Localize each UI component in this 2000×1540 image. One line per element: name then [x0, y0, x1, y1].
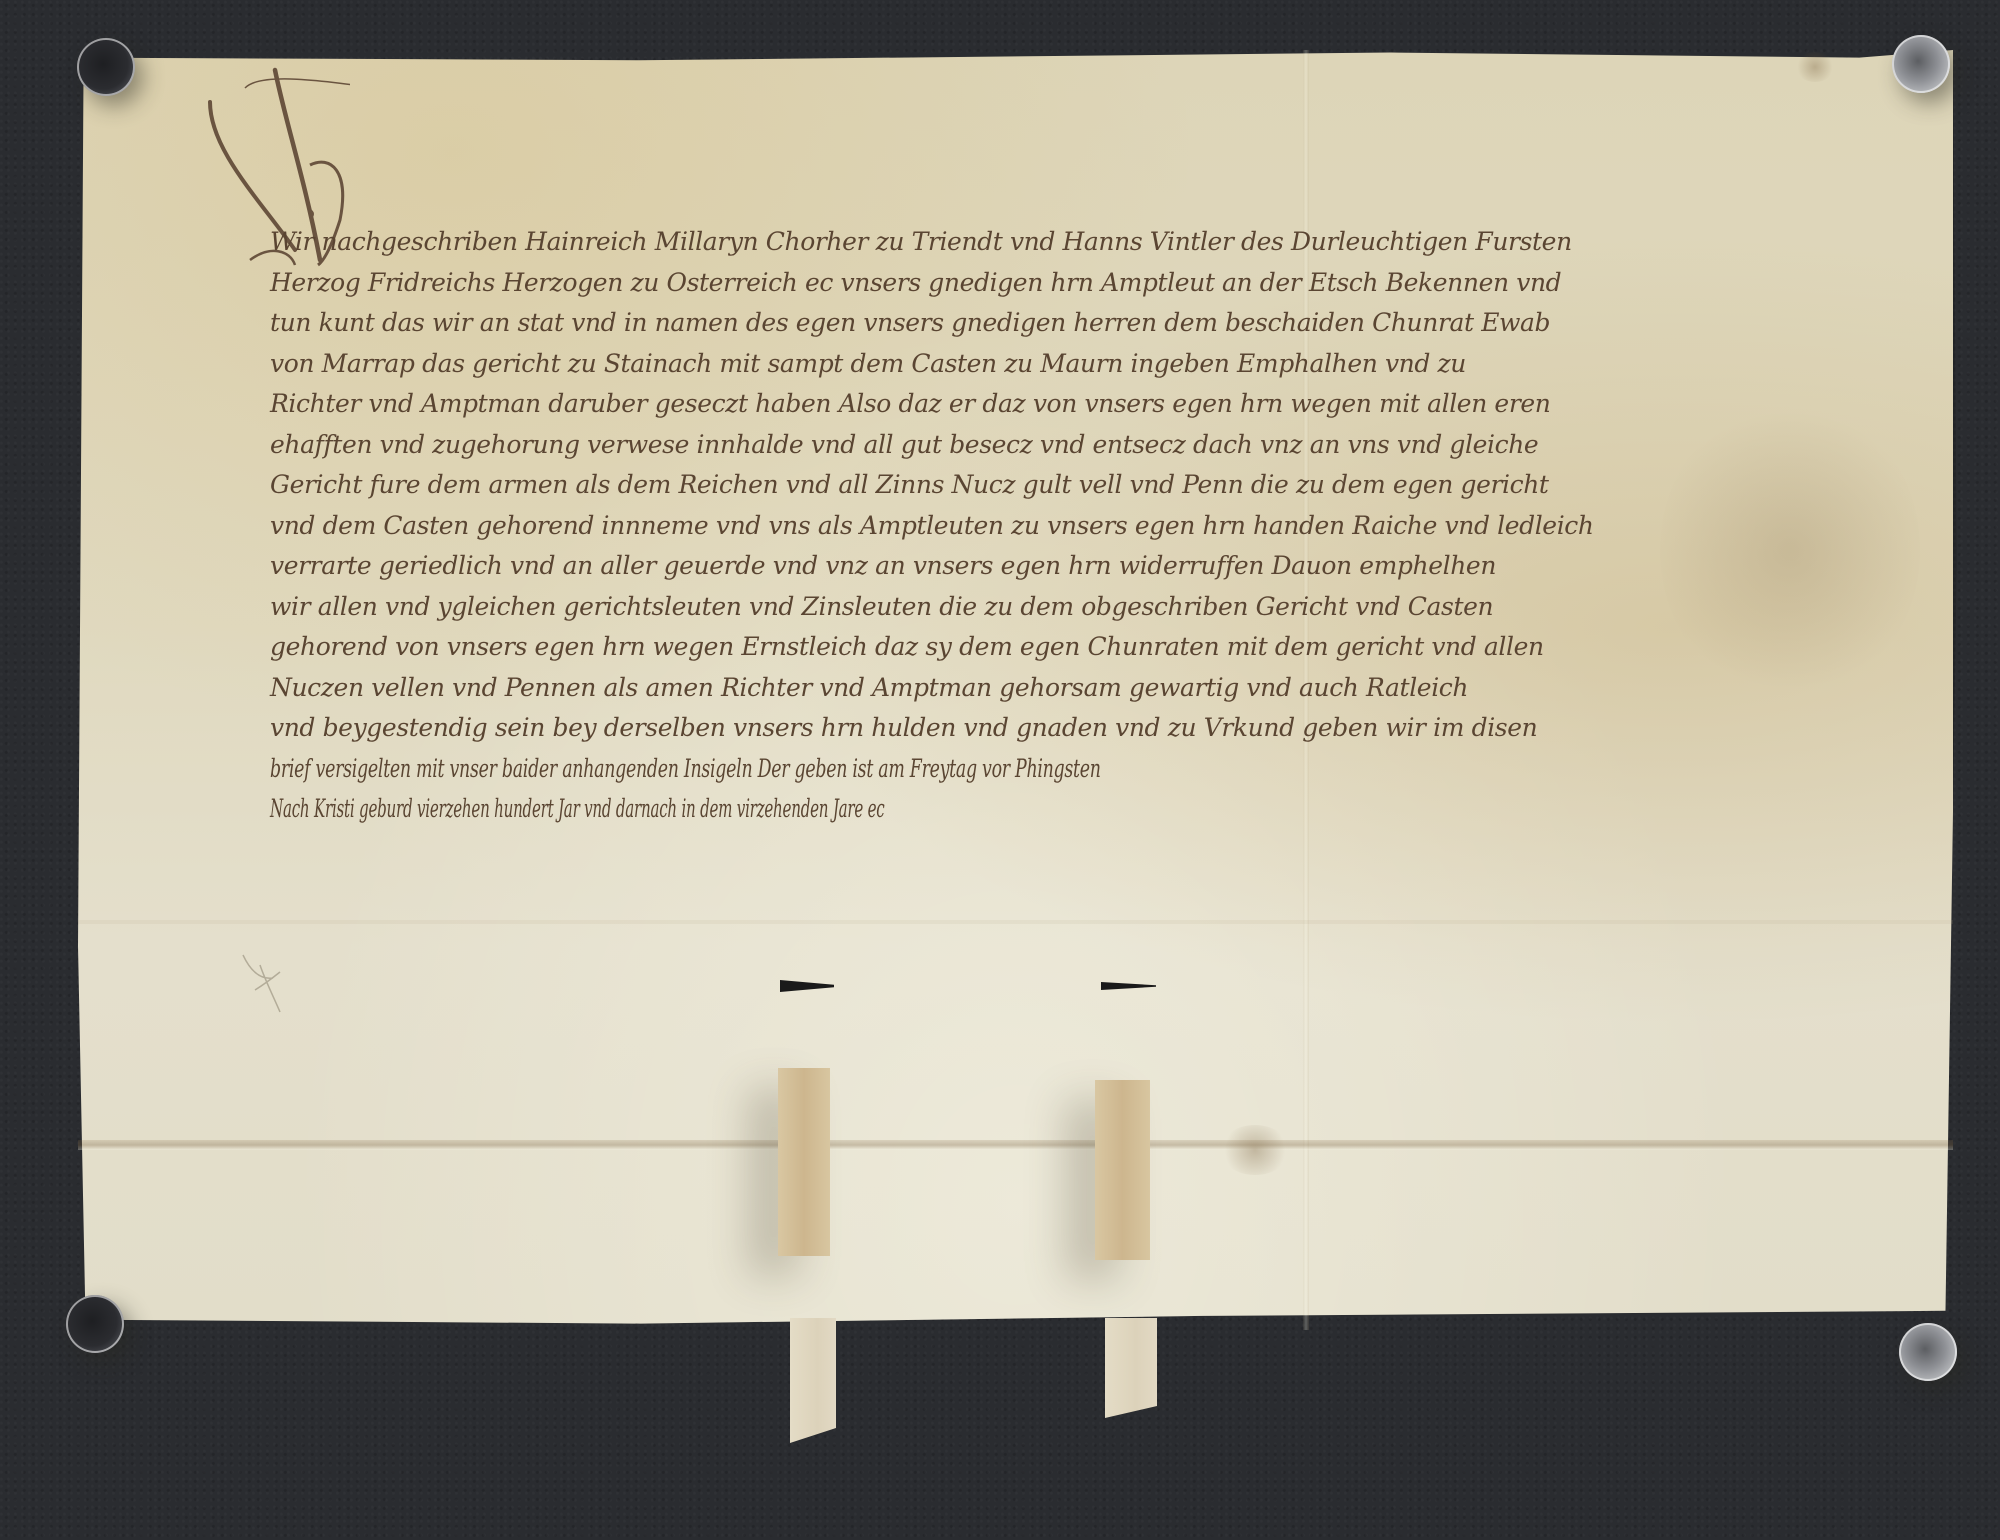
strap-right: [1095, 1080, 1150, 1260]
text-line-10: wir allen vnd ygleichen gerichtsleuten v…: [270, 587, 1910, 628]
text-line-8: vnd dem Casten gehorend innneme vnd vns …: [270, 506, 1910, 547]
text-line-2: Herzog Fridreichs Herzogen zu Osterreich…: [270, 263, 1910, 304]
text-line-3: tun kunt das wir an stat vnd in namen de…: [270, 303, 1910, 344]
text-line-15: Nach Kristi geburd vierzehen hundert Jar…: [270, 789, 1260, 830]
stain-top-right: [1795, 52, 1835, 82]
stain-lower-right: [1220, 1125, 1290, 1175]
strap-left-tail: [790, 1318, 836, 1443]
plica-fold-line: [78, 1140, 1953, 1150]
text-line-5: Richter vnd Amptman daruber geseczt habe…: [270, 384, 1910, 425]
magnet-top-left-icon: [77, 38, 135, 96]
text-line-14: brief versigelten mit vnser baider anhan…: [270, 749, 1410, 790]
text-line-11: gehorend von vnsers egen hrn wegen Ernst…: [270, 627, 1910, 668]
text-line-6: ehafften vnd zugehorung verwese innhalde…: [270, 425, 1910, 466]
text-line-9: verrarte geriedlich vnd an aller geuerde…: [270, 546, 1910, 587]
magnet-bottom-left-icon: [66, 1295, 124, 1353]
magnet-bottom-right-icon: [1899, 1323, 1957, 1381]
magnet-top-right-icon: [1892, 35, 1950, 93]
text-line-13: vnd beygestendig sein bey derselben vnse…: [270, 708, 1910, 749]
text-line-1: Wir nachgeschriben Hainreich Millaryn Ch…: [270, 222, 1910, 263]
text-line-7: Gericht fure dem armen als dem Reichen v…: [270, 465, 1910, 506]
strap-left: [778, 1068, 830, 1256]
charter-text: Wir nachgeschriben Hainreich Millaryn Ch…: [270, 222, 1910, 830]
strap-right-tail: [1105, 1318, 1157, 1418]
text-line-4: von Marrap das gericht zu Stainach mit s…: [270, 344, 1910, 385]
horizontal-fold-line-upper: [78, 920, 1953, 924]
pencil-mark: [235, 950, 295, 1020]
text-line-12: Nuczen vellen vnd Pennen als amen Richte…: [270, 668, 1910, 709]
